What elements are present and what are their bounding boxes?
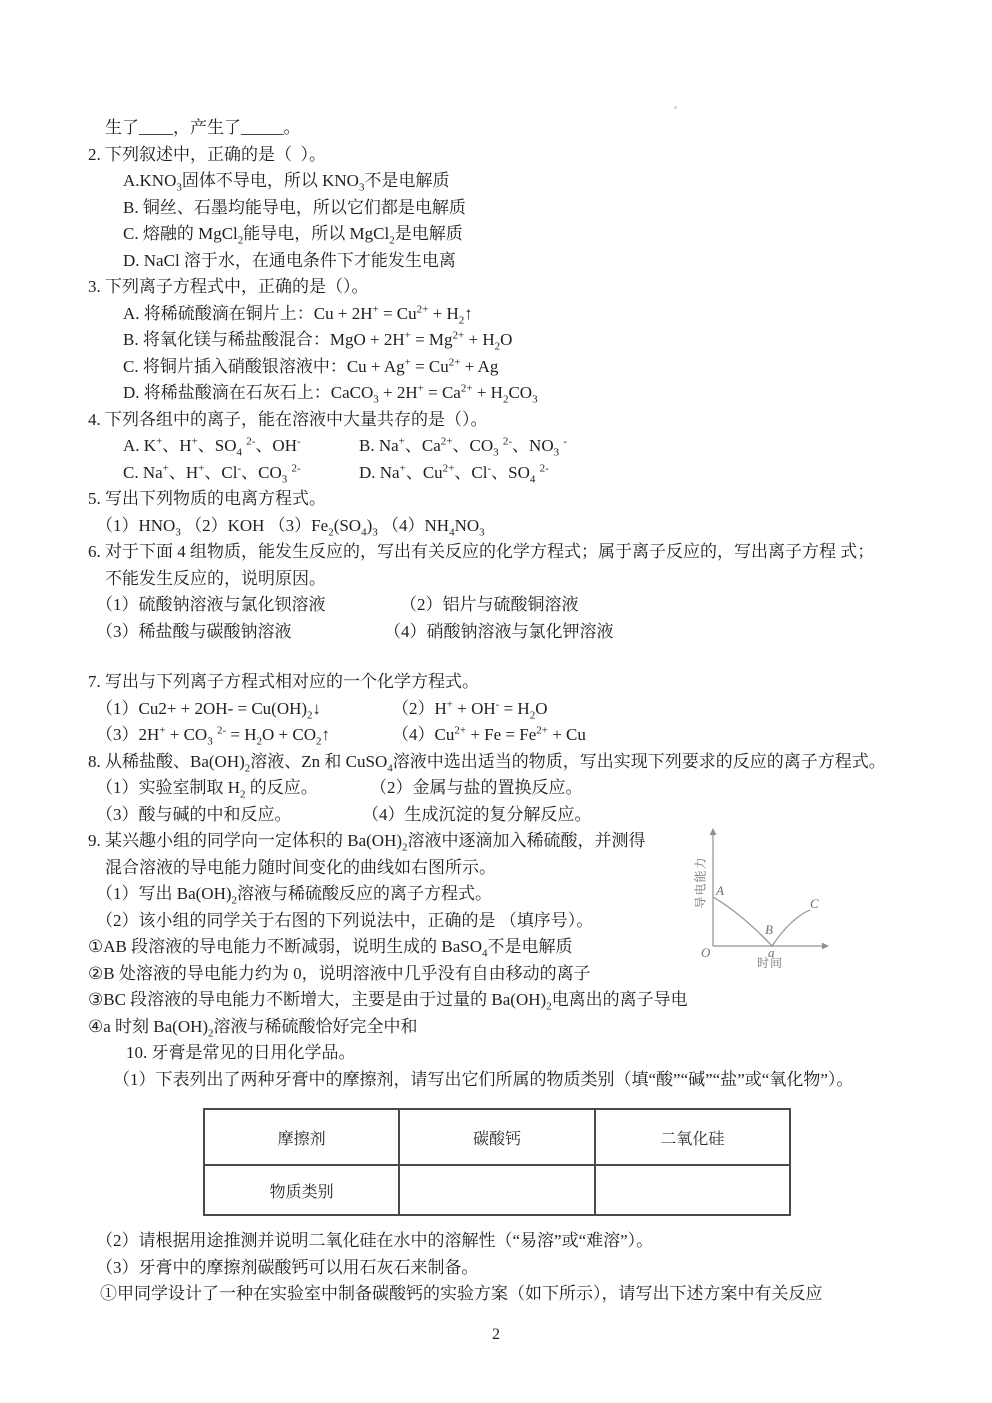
q8-item-2: （2）金属与盐的置换反应。 — [370, 778, 583, 797]
q2-option-d: D. NaCl 溶于水，在通电条件下才能发生电离 — [0, 248, 992, 275]
q4-options-cd: C. Na+、H+、Cl-、CO3 2-D. Na+、Cu2+、Cl-、SO4 … — [0, 460, 992, 487]
scan-artifact-dot — [674, 106, 677, 109]
q9-statement-4: ④a 时刻 Ba(OH)2溶液与稀硫酸恰好完全中和 — [0, 1014, 992, 1041]
q10-sub3-step1: ①甲同学设计了一种在实验室中制备碳酸钙的实验方案（如下所示），请写出下述方案中有… — [0, 1281, 992, 1308]
q6-stem: 6. 对于下面 4 组物质，能发生反应的，写出有关反应的化学方程式；属于离子反应… — [0, 539, 992, 566]
chart-tick-a-label: a — [768, 945, 775, 961]
q6-item-2: （2）铝片与硫酸铜溶液 — [400, 595, 579, 614]
q7-item-4: （4）Cu2+ + Fe = Fe2+ + Cu — [392, 725, 586, 744]
q8-items-12: （1）实验室制取 H2 的反应。（2）金属与盐的置换反应。 — [0, 775, 992, 802]
q9-stem-cont: 混合溶液的导电能力随时间变化的曲线如右图所示。 — [0, 855, 992, 882]
q6-item-1: （1）硫酸钠溶液与氯化钡溶液 — [96, 592, 400, 619]
q9-stem: 9. 某兴趣小组的同学向一定体积的 Ba(OH)2溶液中逐滴加入稀硫酸，并测得 — [0, 828, 992, 855]
q7-items-34: （3）2H+ + CO3 2- = H2O + CO2↑（4）Cu2+ + Fe… — [0, 722, 992, 749]
q3-stem: 3. 下列离子方程式中，正确的是（）。 — [0, 274, 992, 301]
q4-option-b: B. Na+、Ca2+、CO3 2-、NO3 - — [359, 436, 567, 455]
category-cell-caco3 — [399, 1165, 594, 1215]
abrasive-table-row: 物质类别 — [204, 1165, 790, 1215]
worksheet-content: 生了____，产生了_____。 2. 下列叙述中，正确的是（ ）。 A.KNO… — [0, 115, 992, 1344]
q2-option-c: C. 熔融的 MgCl2能导电，所以 MgCl2是电解质 — [0, 221, 992, 248]
q2-option-a: A.KNO3固体不导电，所以 KNO3不是电解质 — [0, 168, 992, 195]
q9-sub2: （2）该小组的同学关于右图的下列说法中，正确的是 （填序号）。 — [0, 908, 992, 935]
category-row-label: 物质类别 — [204, 1165, 399, 1215]
q7-items-12: （1）Cu2+ + 2OH- = Cu(OH)2↓（2）H+ + OH- = H… — [0, 696, 992, 723]
q2-option-b: B. 铜丝、石墨均能导电，所以它们都是电解质 — [0, 195, 992, 222]
chart-point-a-label: A — [716, 883, 724, 899]
abrasive-header-sio2: 二氧化硅 — [595, 1109, 790, 1165]
q9-statement-1: ①AB 段溶液的导电能力不断减弱，说明生成的 BaSO4不是电解质 — [0, 934, 992, 961]
q6-items-34: （3）稀盐酸与碳酸钠溶液（4）硝酸钠溶液与氯化钾溶液 — [0, 619, 992, 646]
abrasive-table-header-row: 摩擦剂 碳酸钙 二氧化硅 — [204, 1109, 790, 1165]
q8-stem: 8. 从稀盐酸、Ba(OH)2溶液、Zn 和 CuSO4溶液中选出适当的物质，写… — [0, 749, 992, 776]
q3-option-c: C. 将铜片插入硝酸银溶液中：Cu + Ag+ = Cu2+ + Ag — [0, 354, 992, 381]
q10-sub1: （1）下表列出了两种牙膏中的摩擦剂，请写出它们所属的物质类别（填“酸”“碱”“盐… — [0, 1067, 992, 1094]
q6-items-12: （1）硫酸钠溶液与氯化钡溶液（2）铝片与硫酸铜溶液 — [0, 592, 992, 619]
q9-statement-2: ②B 处溶液的导电能力约为 0，说明溶液中几乎没有自由移动的离子 — [0, 961, 992, 988]
q4-option-d: D. Na+、Cu2+、Cl-、SO4 2- — [359, 463, 549, 482]
chart-y-axis-label: 导电能力 — [692, 856, 709, 910]
q3-option-d: D. 将稀盐酸滴在石灰石上：CaCO3 + 2H+ = Ca2+ + H2CO3 — [0, 380, 992, 407]
q4-option-c: C. Na+、H+、Cl-、CO3 2- — [123, 460, 359, 487]
q3-option-a: A. 将稀硫酸滴在铜片上：Cu + 2H+ = Cu2+ + H2↑ — [0, 301, 992, 328]
q1-blank-line: 生了____，产生了_____。 — [0, 115, 992, 142]
q7-item-1: （1）Cu2+ + 2OH- = Cu(OH)2↓ — [96, 696, 392, 723]
q6-item-4: （4）硝酸钠溶液与氯化钾溶液 — [384, 622, 614, 641]
page-number: 2 — [0, 1326, 992, 1344]
q9-statement-3: ③BC 段溶液的导电能力不断增大，主要是由于过量的 Ba(OH)2电离出的离子导… — [0, 987, 992, 1014]
chart-point-c-label: C — [810, 896, 819, 912]
conductivity-time-chart: 导电能力 时间 A B C O a — [693, 823, 843, 978]
q7-stem: 7. 写出与下列离子方程式相对应的一个化学方程式。 — [0, 669, 992, 696]
q6-item-3: （3）稀盐酸与碳酸钠溶液 — [96, 619, 384, 646]
abrasive-header-label: 摩擦剂 — [204, 1109, 399, 1165]
worksheet-page: 生了____，产生了_____。 2. 下列叙述中，正确的是（ ）。 A.KNO… — [0, 0, 992, 1403]
q3-option-b: B. 将氧化镁与稀盐酸混合：MgO + 2H+ = Mg2+ + H2O — [0, 327, 992, 354]
q10-sub2: （2）请根据用途推测并说明二氧化硅在水中的溶解性（“易溶”或“难溶”）。 — [0, 1228, 992, 1255]
q7-item-3: （3）2H+ + CO3 2- = H2O + CO2↑ — [96, 722, 392, 749]
abrasive-header-caco3: 碳酸钙 — [399, 1109, 594, 1165]
q4-option-a: A. K+、H+、SO4 2-、OH- — [123, 433, 359, 460]
q8-items-34: （3）酸与碱的中和反应。（4）生成沉淀的复分解反应。 — [0, 802, 992, 829]
q8-item-1: （1）实验室制取 H2 的反应。 — [96, 775, 370, 802]
q6-stem-cont: 不能发生反应的，说明原因。 — [0, 566, 992, 593]
blank-line — [0, 645, 992, 669]
q5-stem: 5. 写出下列物质的电离方程式。 — [0, 486, 992, 513]
q7-item-2: （2）H+ + OH- = H2O — [392, 699, 547, 718]
q9-sub1: （1）写出 Ba(OH)2溶液与稀硫酸反应的离子方程式。 — [0, 881, 992, 908]
q2-stem: 2. 下列叙述中，正确的是（ ）。 — [0, 142, 992, 169]
chart-point-b-label: B — [765, 922, 773, 938]
q4-stem: 4. 下列各组中的离子，能在溶液中大量共存的是（）。 — [0, 407, 992, 434]
chart-origin-label: O — [701, 945, 710, 961]
q8-item-3: （3）酸与碱的中和反应。 — [96, 802, 362, 829]
q4-options-ab: A. K+、H+、SO4 2-、OH-B. Na+、Ca2+、CO3 2-、NO… — [0, 433, 992, 460]
category-cell-sio2 — [595, 1165, 790, 1215]
q8-item-4: （4）生成沉淀的复分解反应。 — [362, 805, 592, 824]
q10-stem: 10. 牙膏是常见的日用化学品。 — [0, 1040, 992, 1067]
abrasive-table: 摩擦剂 碳酸钙 二氧化硅 物质类别 — [203, 1108, 791, 1216]
q5-items: （1）HNO3 （2）KOH （3）Fe2(SO4)3 （4）NH4NO3 — [0, 513, 992, 540]
q10-sub3: （3）牙膏中的摩擦剂碳酸钙可以用石灰石来制备。 — [0, 1255, 992, 1282]
